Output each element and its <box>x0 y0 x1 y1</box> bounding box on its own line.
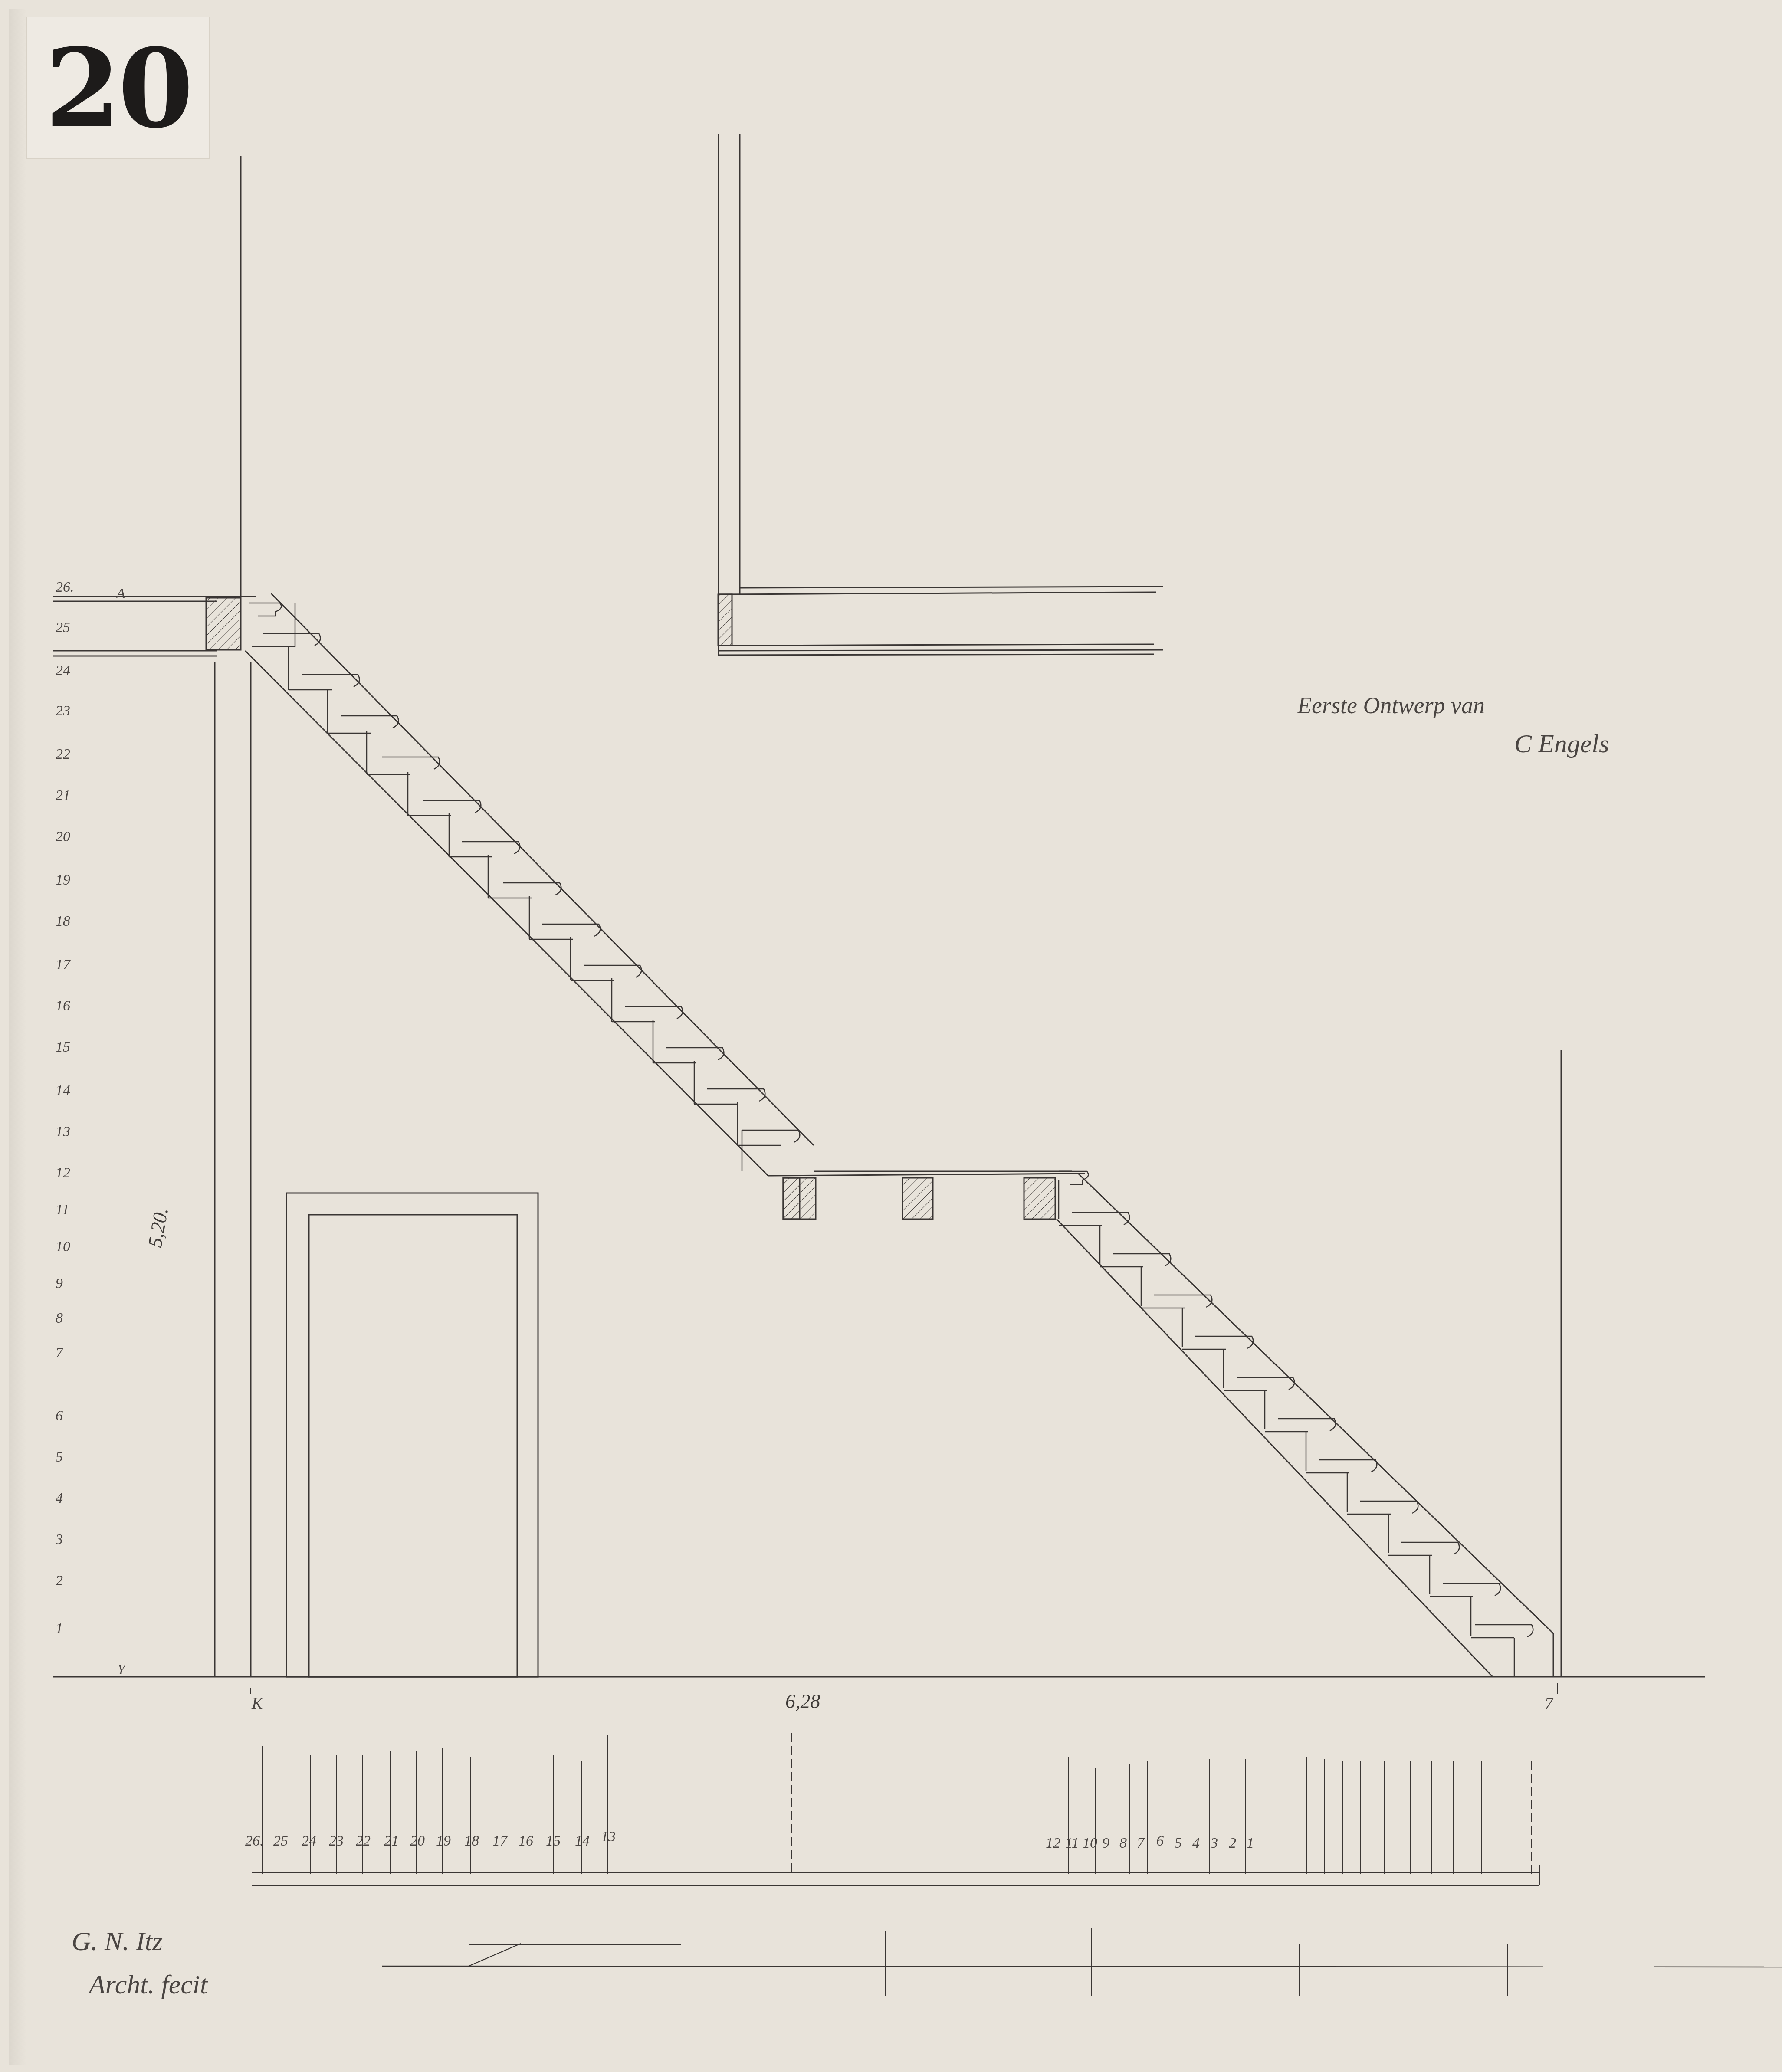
title-line-1: Eerste Ontwerp van <box>1297 692 1485 719</box>
scale-label: 10 <box>56 1239 70 1255</box>
scale-label: 5 <box>56 1449 63 1465</box>
scale-label: 15 <box>56 1039 70 1056</box>
scale-label: 21 <box>384 1833 399 1849</box>
scale-label: 5 <box>1175 1835 1182 1852</box>
scale-label: 6 <box>56 1408 63 1424</box>
section-mark-7: 7 <box>1545 1694 1553 1713</box>
scale-label: 16 <box>56 998 70 1014</box>
scale-label: 22 <box>56 746 70 763</box>
scale-label: 17 <box>56 957 70 973</box>
section-mark-k: K <box>252 1694 263 1713</box>
scale-label: 18 <box>464 1833 479 1849</box>
scale-label: 7 <box>56 1345 63 1361</box>
signature-line-1: G. N. Itz <box>72 1926 163 1957</box>
scale-label: 24 <box>56 662 70 679</box>
signature-line-2: Archt. fecit <box>89 1970 207 2000</box>
scale-label: 18 <box>56 913 70 930</box>
scale-label: 11 <box>56 1202 69 1218</box>
scale-label: 4 <box>56 1490 63 1507</box>
scale-label: 8 <box>56 1310 63 1327</box>
scale-label: 23 <box>56 703 70 719</box>
width-dimension: 6,28 <box>785 1690 820 1713</box>
scale-label: 7 <box>1137 1835 1144 1852</box>
scale-label: 9 <box>1102 1835 1109 1852</box>
scale-label: 12 <box>1046 1835 1060 1852</box>
scale-label: 17 <box>492 1833 507 1849</box>
scale-label: 25 <box>56 620 70 636</box>
scale-label: 25 <box>273 1833 288 1849</box>
scale-label: 13 <box>56 1124 70 1140</box>
scale-label: 20 <box>56 829 70 845</box>
scale-label: 11 <box>1065 1835 1079 1852</box>
scale-label: 6 <box>1156 1833 1164 1849</box>
scale-label: 12 <box>56 1165 70 1181</box>
scale-label: 24 <box>302 1833 316 1849</box>
scale-label: 13 <box>601 1829 616 1845</box>
drawing-sheet: 20 <box>0 0 1782 2072</box>
section-mark-y: Y <box>117 1662 125 1678</box>
title-line-2: C Engels <box>1514 729 1609 759</box>
scale-label: 16 <box>519 1833 533 1849</box>
scale-label: 2 <box>1229 1835 1236 1852</box>
scale-label: 20 <box>410 1833 425 1849</box>
scale-label: 9 <box>56 1275 63 1292</box>
scale-label: 10 <box>1083 1835 1097 1852</box>
scale-label: 8 <box>1119 1835 1127 1852</box>
scale-label: 14 <box>56 1082 70 1099</box>
scale-label: 26. <box>245 1833 264 1849</box>
scale-label: 19 <box>56 872 70 888</box>
scale-label: 19 <box>436 1833 451 1849</box>
scale-label: 4 <box>1192 1835 1200 1852</box>
scale-label: 15 <box>546 1833 561 1849</box>
scale-label: 14 <box>575 1833 590 1849</box>
scale-label: 3 <box>1211 1835 1218 1852</box>
scale-label: 23 <box>329 1833 344 1849</box>
stair-section-drawing <box>0 0 1782 2072</box>
scale-label: 1 <box>1247 1835 1254 1852</box>
scale-label: 26. <box>56 579 74 596</box>
scale-label: 1 <box>56 1620 63 1637</box>
scale-label: 21 <box>56 787 70 804</box>
section-mark-a: A <box>116 586 125 602</box>
scale-label: 2 <box>56 1573 63 1589</box>
scale-label: 3 <box>56 1531 63 1548</box>
scale-label: 22 <box>356 1833 371 1849</box>
